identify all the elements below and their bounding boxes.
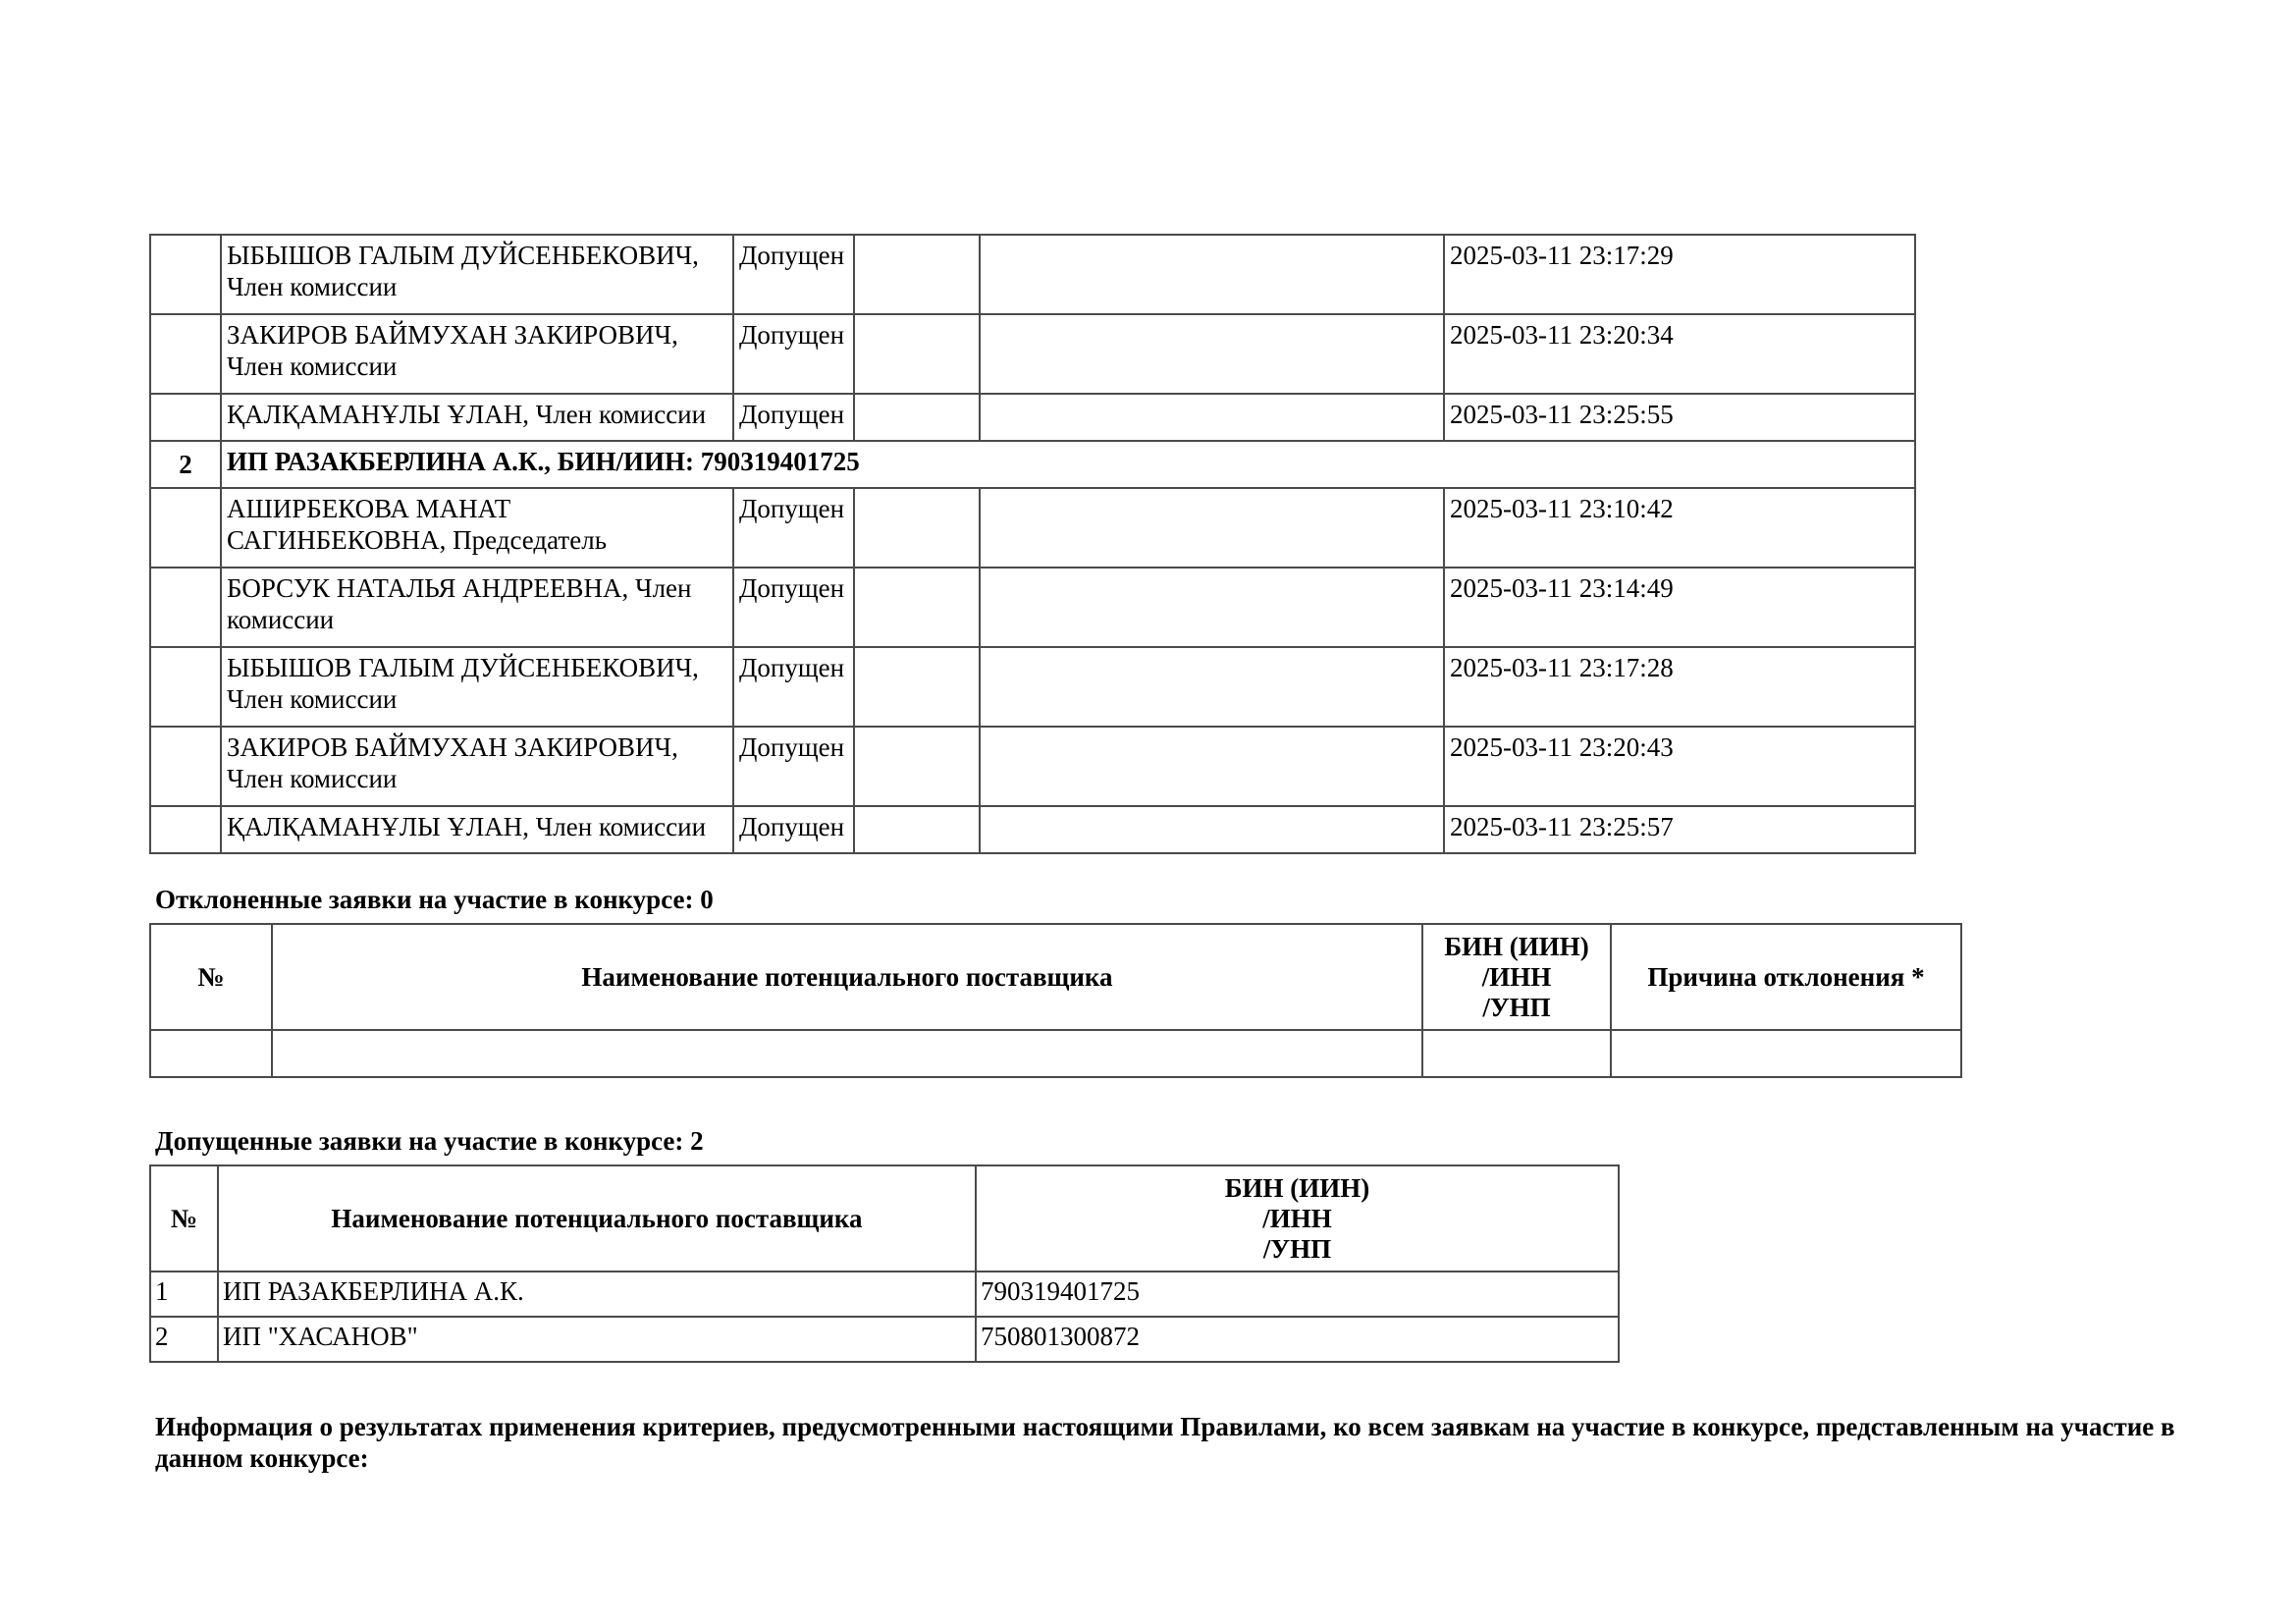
table-row: ҚАЛҚАМАНҰЛЫ ҰЛАН, Член комиссииДопущен20… — [150, 806, 1915, 853]
empty-cell — [980, 727, 1444, 806]
table-cell — [150, 1030, 272, 1077]
header-number: № — [150, 1165, 218, 1272]
admitted-applications-table: № Наименование потенциального поставщика… — [149, 1164, 1620, 1363]
member-status: Допущен — [733, 394, 854, 441]
supplier-group-row: 2ИП РАЗАКБЕРЛИНА А.К., БИН/ИИН: 79031940… — [150, 441, 1915, 488]
empty-cell — [854, 488, 980, 568]
empty-cell — [980, 647, 1444, 727]
supplier-name: ИП "ХАСАНОВ" — [218, 1317, 976, 1362]
table-row: 1ИП РАЗАКБЕРЛИНА А.К.790319401725 — [150, 1272, 1619, 1317]
empty-cell — [980, 394, 1444, 441]
empty-cell — [854, 647, 980, 727]
header-number: № — [150, 924, 272, 1030]
empty-cell — [980, 488, 1444, 568]
member-name: ЫБЫШОВ ГАЛЫМ ДУЙСЕНБЕКОВИЧ, Член комисси… — [221, 235, 733, 314]
member-status: Допущен — [733, 727, 854, 806]
member-name: БОРСУК НАТАЛЬЯ АНДРЕЕВНА, Член комиссии — [221, 568, 733, 647]
empty-cell — [980, 314, 1444, 394]
empty-cell — [854, 727, 980, 806]
empty-cell — [980, 235, 1444, 314]
empty-cell — [854, 806, 980, 853]
table-row: БОРСУК НАТАЛЬЯ АНДРЕЕВНА, Член комиссииД… — [150, 568, 1915, 647]
criteria-info-heading: Информация о результатах применения крит… — [155, 1411, 2266, 1474]
member-status: Допущен — [733, 235, 854, 314]
member-name: ҚАЛҚАМАНҰЛЫ ҰЛАН, Член комиссии — [221, 394, 733, 441]
empty-cell — [854, 394, 980, 441]
member-name: ҚАЛҚАМАНҰЛЫ ҰЛАН, Член комиссии — [221, 806, 733, 853]
group-supplier: ИП РАЗАКБЕРЛИНА А.К., БИН/ИИН: 790319401… — [221, 441, 1915, 488]
header-bin: БИН (ИИН)/ИНН/УНП — [1422, 924, 1611, 1030]
row-number — [150, 314, 221, 394]
table-row: ЫБЫШОВ ГАЛЫМ ДУЙСЕНБЕКОВИЧ, Член комисси… — [150, 647, 1915, 727]
group-number: 2 — [150, 441, 221, 488]
member-name: ЗАКИРОВ БАЙМУХАН ЗАКИРОВИЧ, Член комисси… — [221, 727, 733, 806]
row-number — [150, 488, 221, 568]
empty-cell — [854, 314, 980, 394]
member-name: АШИРБЕКОВА МАНАТ САГИНБЕКОВНА, Председат… — [221, 488, 733, 568]
row-number: 1 — [150, 1272, 218, 1317]
member-status: Допущен — [733, 806, 854, 853]
empty-cell — [980, 568, 1444, 647]
decision-datetime: 2025-03-11 23:20:43 — [1444, 727, 1915, 806]
header-bin-text: БИН (ИИН)/ИНН/УНП — [1444, 932, 1589, 1022]
decision-datetime: 2025-03-11 23:14:49 — [1444, 568, 1915, 647]
member-name: ЗАКИРОВ БАЙМУХАН ЗАКИРОВИЧ, Член комисси… — [221, 314, 733, 394]
table-row — [150, 1030, 1961, 1077]
row-number: 2 — [150, 1317, 218, 1362]
decision-datetime: 2025-03-11 23:10:42 — [1444, 488, 1915, 568]
rejected-applications-table: № Наименование потенциального поставщика… — [149, 923, 1962, 1078]
decision-datetime: 2025-03-11 23:17:29 — [1444, 235, 1915, 314]
header-supplier-name: Наименование потенциального поставщика — [272, 924, 1422, 1030]
commission-members-table: ЫБЫШОВ ГАЛЫМ ДУЙСЕНБЕКОВИЧ, Член комисси… — [149, 234, 1916, 854]
supplier-name: ИП РАЗАКБЕРЛИНА А.К. — [218, 1272, 976, 1317]
header-bin: БИН (ИИН)/ИНН/УНП — [976, 1165, 1619, 1272]
header-bin-text: БИН (ИИН)/ИНН/УНП — [1225, 1173, 1370, 1264]
decision-datetime: 2025-03-11 23:17:28 — [1444, 647, 1915, 727]
table-cell — [272, 1030, 1422, 1077]
row-number — [150, 727, 221, 806]
decision-datetime: 2025-03-11 23:25:55 — [1444, 394, 1915, 441]
decision-datetime: 2025-03-11 23:25:57 — [1444, 806, 1915, 853]
table-header-row: № Наименование потенциального поставщика… — [150, 1165, 1619, 1272]
rejected-applications-title: Отклоненные заявки на участие в конкурсе… — [155, 884, 714, 915]
table-row: ҚАЛҚАМАНҰЛЫ ҰЛАН, Член комиссииДопущен20… — [150, 394, 1915, 441]
supplier-bin: 750801300872 — [976, 1317, 1619, 1362]
table-row: ЗАКИРОВ БАЙМУХАН ЗАКИРОВИЧ, Член комисси… — [150, 727, 1915, 806]
member-name: ЫБЫШОВ ГАЛЫМ ДУЙСЕНБЕКОВИЧ, Член комисси… — [221, 647, 733, 727]
empty-cell — [854, 235, 980, 314]
table-cell — [1422, 1030, 1611, 1077]
decision-datetime: 2025-03-11 23:20:34 — [1444, 314, 1915, 394]
empty-cell — [980, 806, 1444, 853]
row-number — [150, 647, 221, 727]
table-row: ЫБЫШОВ ГАЛЫМ ДУЙСЕНБЕКОВИЧ, Член комисси… — [150, 235, 1915, 314]
header-supplier-name: Наименование потенциального поставщика — [218, 1165, 976, 1272]
table-row: АШИРБЕКОВА МАНАТ САГИНБЕКОВНА, Председат… — [150, 488, 1915, 568]
member-status: Допущен — [733, 488, 854, 568]
member-status: Допущен — [733, 647, 854, 727]
empty-cell — [854, 568, 980, 647]
row-number — [150, 394, 221, 441]
table-row: 2ИП "ХАСАНОВ"750801300872 — [150, 1317, 1619, 1362]
member-status: Допущен — [733, 314, 854, 394]
table-row: ЗАКИРОВ БАЙМУХАН ЗАКИРОВИЧ, Член комисси… — [150, 314, 1915, 394]
member-status: Допущен — [733, 568, 854, 647]
table-cell — [1611, 1030, 1961, 1077]
row-number — [150, 806, 221, 853]
supplier-bin: 790319401725 — [976, 1272, 1619, 1317]
row-number — [150, 235, 221, 314]
header-rejection-reason: Причина отклонения * — [1611, 924, 1961, 1030]
admitted-applications-title: Допущенные заявки на участие в конкурсе:… — [155, 1125, 704, 1157]
row-number — [150, 568, 221, 647]
table-header-row: № Наименование потенциального поставщика… — [150, 924, 1961, 1030]
